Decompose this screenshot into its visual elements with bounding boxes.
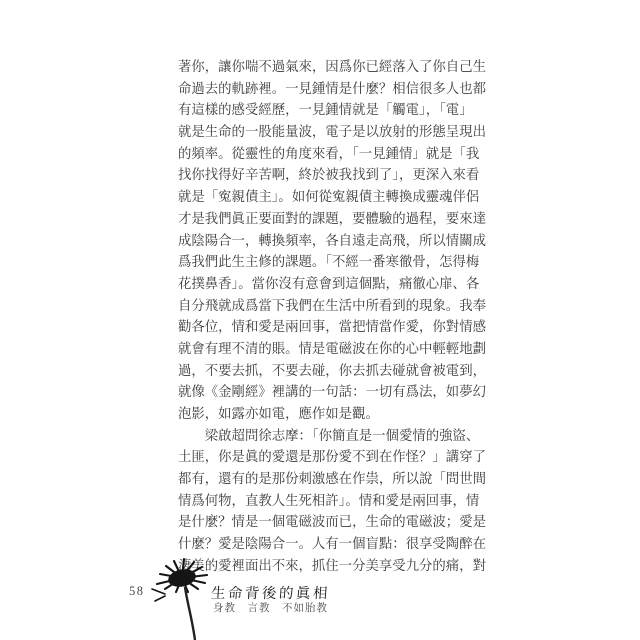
- text-line: 自分飛就成爲當下我們在生活中所看到的現象。我奉: [178, 295, 494, 317]
- text-line: 什麼？愛是陰陽合一。人有一個盲點：很享受陶醉在: [178, 533, 494, 555]
- text-line: 情爲何物，直教人生死相許」。情和愛是兩回事，情: [178, 490, 494, 512]
- text-line: 命過去的軌跡裡。一見鍾情是什麼？相信很多人也都: [178, 78, 494, 100]
- text-line: 就是「寃親債主」。如何從寃親債主轉換成靈魂伴侶: [178, 186, 494, 208]
- text-line: 勸各位，情和愛是兩回事，當把情當作愛，你對情感: [178, 316, 494, 338]
- text-line: 的頻率。從靈性的角度來看，「一見鍾情」就是「我: [178, 143, 494, 165]
- text-line: 就像《金剛經》裡講的一句話：一切有爲法，如夢幻: [178, 381, 494, 403]
- text-line: 成陰陽合一，轉換頻率，各自遠走高飛，所以情關成: [178, 230, 494, 252]
- text-line: 泡影，如露亦如電，應作如是觀。: [178, 403, 494, 425]
- text-line: 都有，還有的是那份刺激感在作祟，所以說「問世間: [178, 468, 494, 490]
- book-subtitle: 身教 言教 不如胎教: [213, 600, 328, 615]
- text-line: 才是我們眞正要面對的課題，要體驗的過程，要來達: [178, 208, 494, 230]
- page-number: 58: [129, 584, 145, 599]
- text-line: 過，不要去抓，不要去碰，你去抓去碰就會被電到，: [178, 360, 494, 382]
- text-line: 就會有理不清的賬。情是電磁波在你的心中輕輕地劃: [178, 338, 494, 360]
- text-line: 就是生命的一股能量波，電子是以放射的形態呈現出: [178, 121, 494, 143]
- text-line: 找你找得好辛苦啊，終於被我找到了」，更深入來看: [178, 164, 494, 186]
- text-line: 土匪，你是眞的愛還是那份愛不到在作怪？」講穿了: [178, 446, 494, 468]
- text-line: 淒美的愛裡面出不來，抓住一分美享受九分的痛，對: [178, 555, 494, 577]
- text-line: 著你，讓你喘不過氣來，因爲你已經落入了你自己生: [178, 56, 494, 78]
- text-line: 梁啟超問徐志摩：「你簡直是一個愛情的強盜、: [178, 425, 494, 447]
- book-page: 著你，讓你喘不過氣來，因爲你已經落入了你自己生 命過去的軌跡裡。一見鍾情是什麼？…: [0, 0, 640, 640]
- body-text: 著你，讓你喘不過氣來，因爲你已經落入了你自己生 命過去的軌跡裡。一見鍾情是什麼？…: [178, 56, 494, 577]
- text-line: 花撲鼻香」。當你沒有意會到這個點，痛徹心扉、各: [178, 273, 494, 295]
- text-line: 是什麼？情是一個電磁波而已，生命的電磁波；愛是: [178, 511, 494, 533]
- text-line: 有這樣的感受經歷，一見鍾情就是「觸電」，「電」: [178, 99, 494, 121]
- text-line: 爲我們此生主修的課題。「不經一番寒徹骨，怎得梅: [178, 251, 494, 273]
- ink-flower-icon: [147, 556, 217, 640]
